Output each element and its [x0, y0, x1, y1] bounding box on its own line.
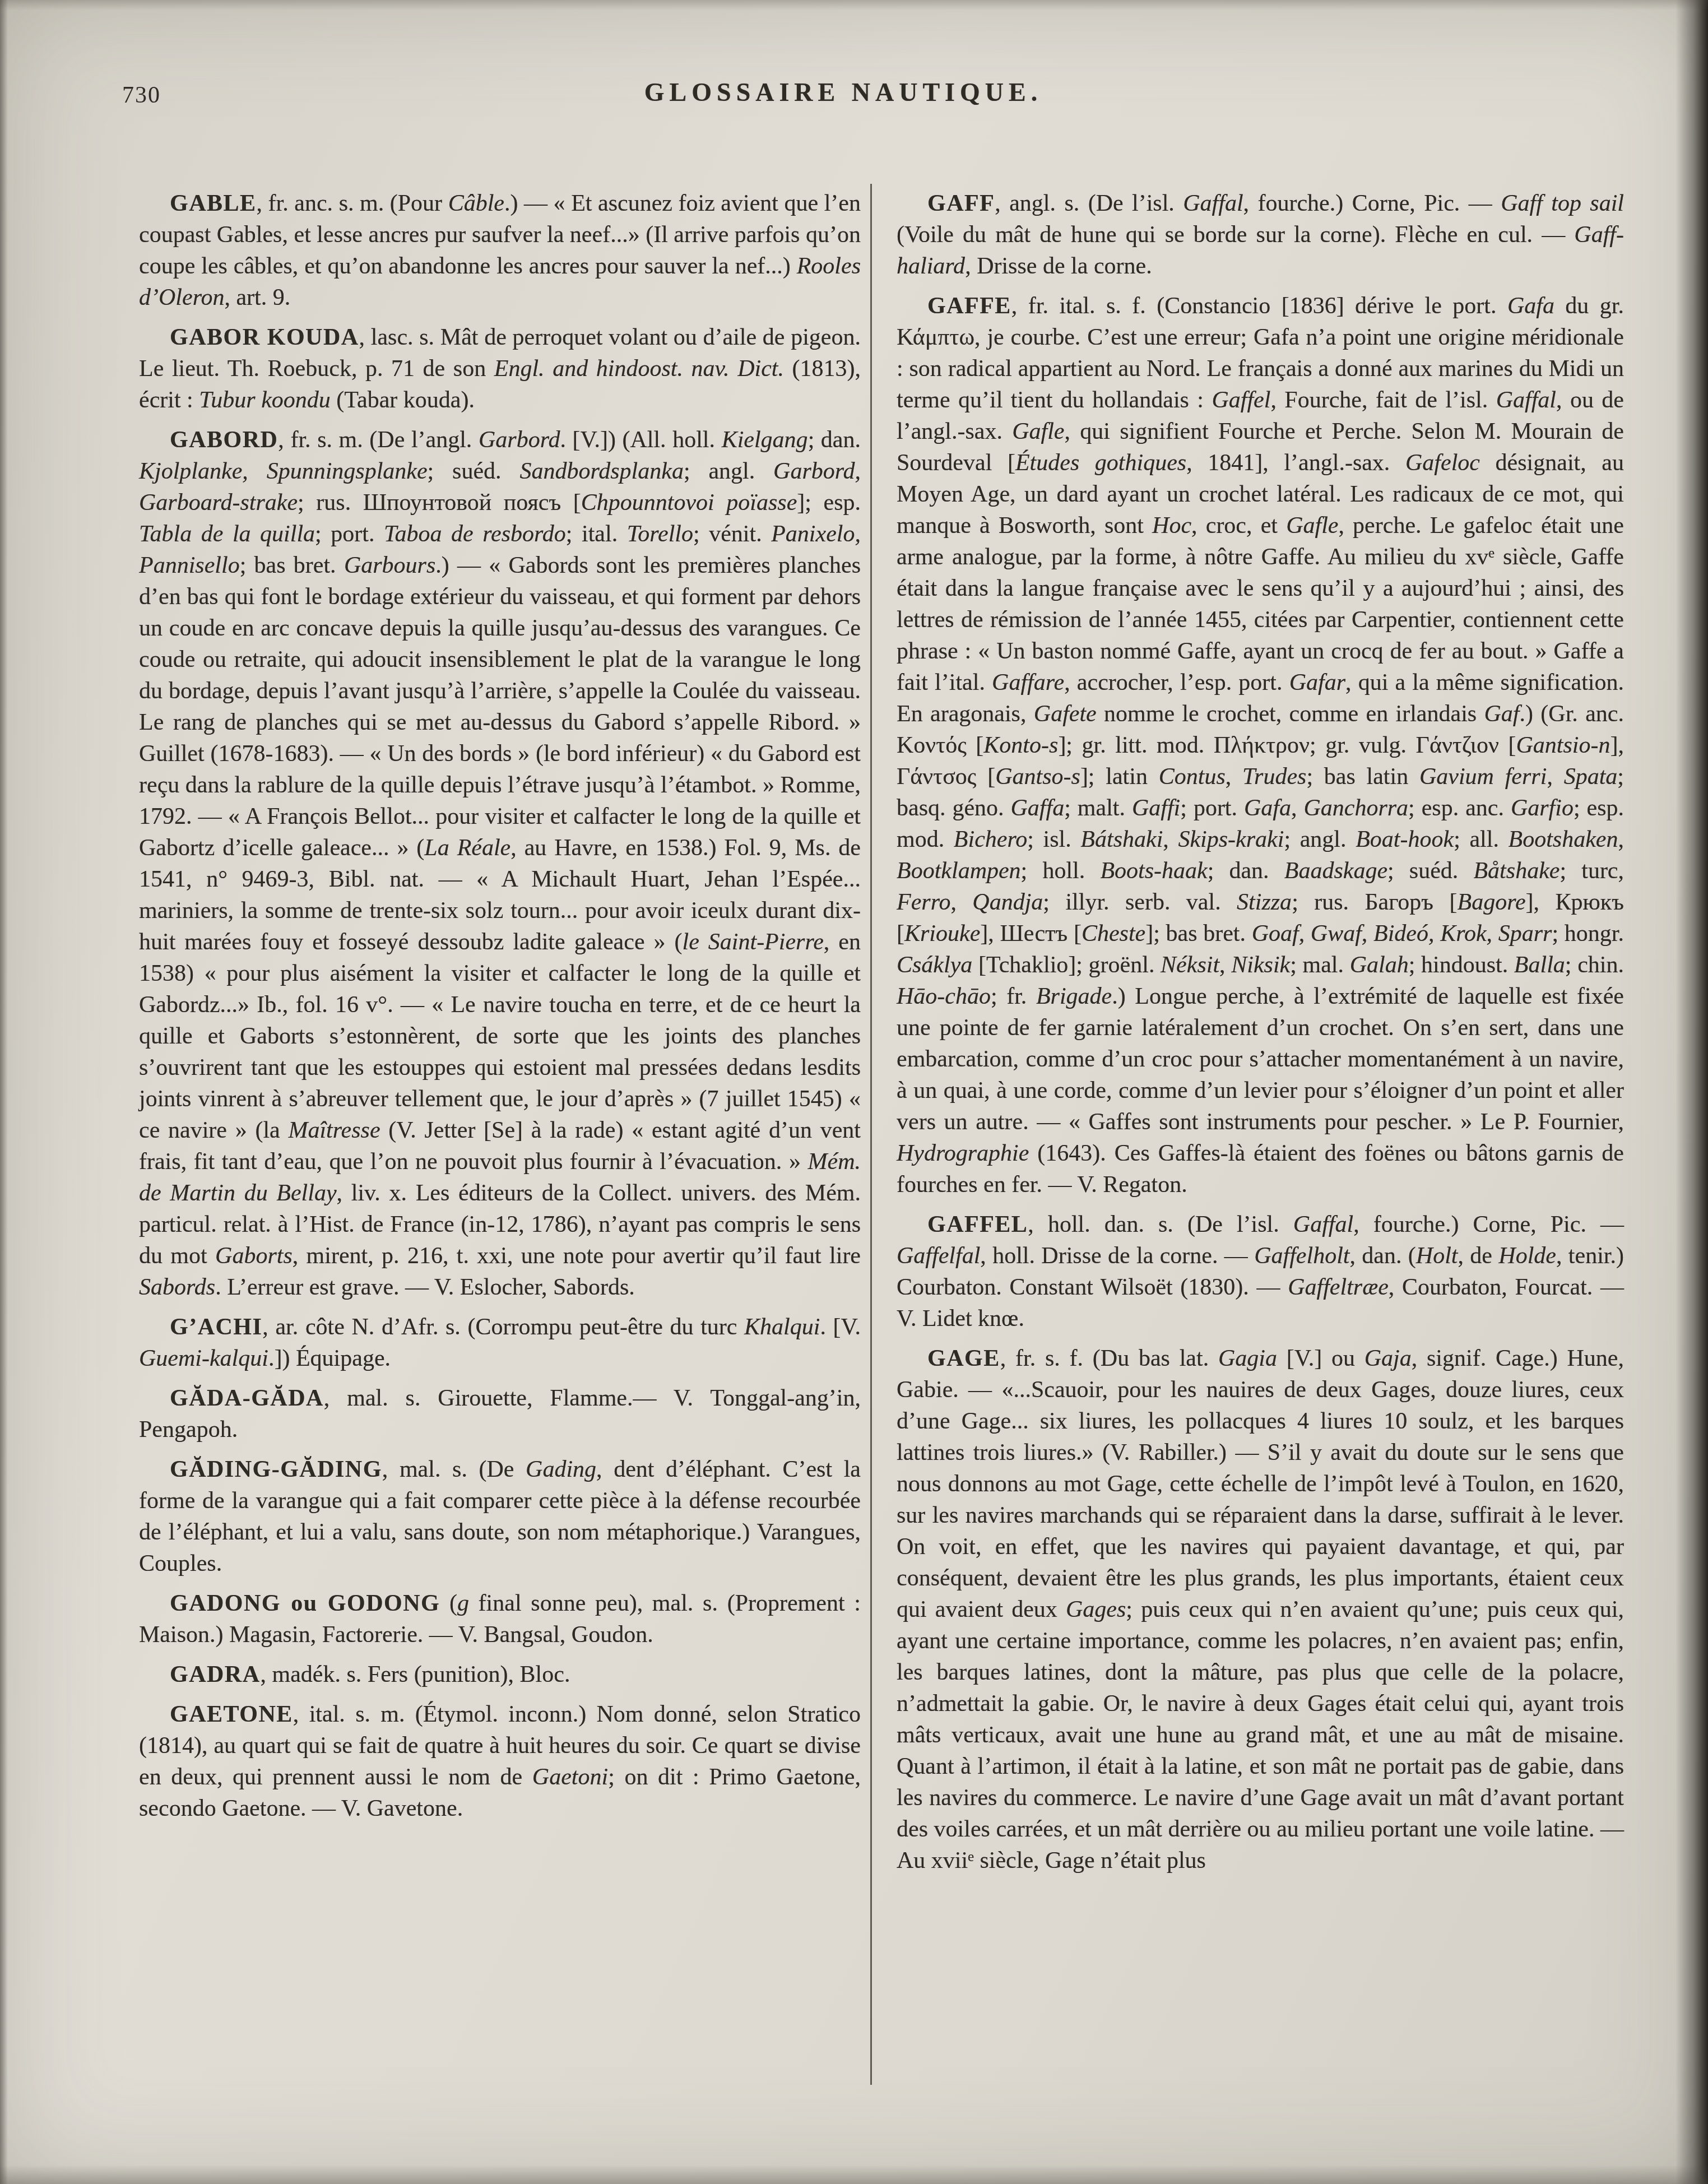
- entry-headword: G’ACHI: [170, 1314, 262, 1340]
- entry-gage: GAGE, fr. s. f. (Du bas lat. Gagia [V.] …: [897, 1343, 1624, 1876]
- entry-headword: GADRA: [170, 1662, 261, 1687]
- page-edge-left: [0, 0, 8, 2184]
- entry-gable: GABLE, fr. anc. s. m. (Pour Câble.) — « …: [139, 188, 861, 313]
- entry-gaff: GAFF, angl. s. (De l’isl. Gaffal, fourch…: [897, 188, 1624, 282]
- page-edge-bottom: [0, 2165, 1708, 2184]
- entry-headword: GABOR KOUDA: [170, 324, 359, 350]
- entry-headword: GAFF: [927, 191, 995, 216]
- entry-headword: GĂDING-GĂDING: [170, 1457, 382, 1482]
- entry-gachi: G’ACHI, ar. côte N. d’Afr. s. (Corrompu …: [139, 1311, 861, 1374]
- page-title: GLOSSAIRE NAUTIQUE.: [0, 77, 1687, 107]
- entry-body: , fr. s. f. (Du bas lat. Gagia [V.] ou G…: [897, 1346, 1624, 1874]
- left-column: GABLE, fr. anc. s. m. (Pour Câble.) — « …: [139, 188, 861, 1824]
- entry-body: , fr. s. m. (De l’angl. Garbord. [V.]) (…: [139, 427, 861, 1300]
- entry-gaffel: GAFFEL, holl. dan. s. (De l’isl. Gaffal,…: [897, 1209, 1624, 1334]
- entry-headword: GAFFE: [927, 293, 1011, 319]
- entry-headword: GAFFEL: [927, 1212, 1028, 1237]
- entry-headword: GABLE: [170, 191, 257, 216]
- page-edge-top: [0, 0, 1708, 10]
- entry-headword: GADONG ou GODONG: [170, 1591, 440, 1616]
- entry-gaetone: GAETONE, ital. s. m. (Étymol. inconn.) N…: [139, 1699, 861, 1824]
- page-edge-right: [1675, 0, 1708, 2184]
- entry-gading-gading: GĂDING-GĂDING, mal. s. (De Gading, dent …: [139, 1454, 861, 1579]
- entry-body: , angl. s. (De l’isl. Gaffal, fourche.) …: [897, 191, 1624, 279]
- entry-gadong: GADONG ou GODONG (g final sonne peu), ma…: [139, 1588, 861, 1650]
- entry-gabord: GABORD, fr. s. m. (De l’angl. Garbord. […: [139, 424, 861, 1303]
- entry-gada-gada: GĂDA-GĂDA, mal. s. Girouette, Flamme.— V…: [139, 1383, 861, 1445]
- entry-gadra: GADRA, madék. s. Fers (punition), Bloc.: [139, 1659, 861, 1690]
- entry-body: , fr. ital. s. f. (Constancio [1836] dér…: [897, 293, 1624, 1198]
- entry-body: , madék. s. Fers (punition), Bloc.: [261, 1662, 570, 1687]
- entry-gabor-kouda: GABOR KOUDA, lasc. s. Mât de perroquet v…: [139, 322, 861, 416]
- entry-gaffe: GAFFE, fr. ital. s. f. (Constancio [1836…: [897, 290, 1624, 1200]
- column-divider: [870, 184, 872, 2085]
- right-column: GAFF, angl. s. (De l’isl. Gaffal, fourch…: [897, 188, 1624, 1876]
- entry-headword: GAGE: [927, 1346, 1000, 1371]
- entry-headword: GABORD: [170, 427, 278, 453]
- entry-headword: GĂDA-GĂDA: [170, 1385, 324, 1411]
- entry-headword: GAETONE: [170, 1701, 293, 1727]
